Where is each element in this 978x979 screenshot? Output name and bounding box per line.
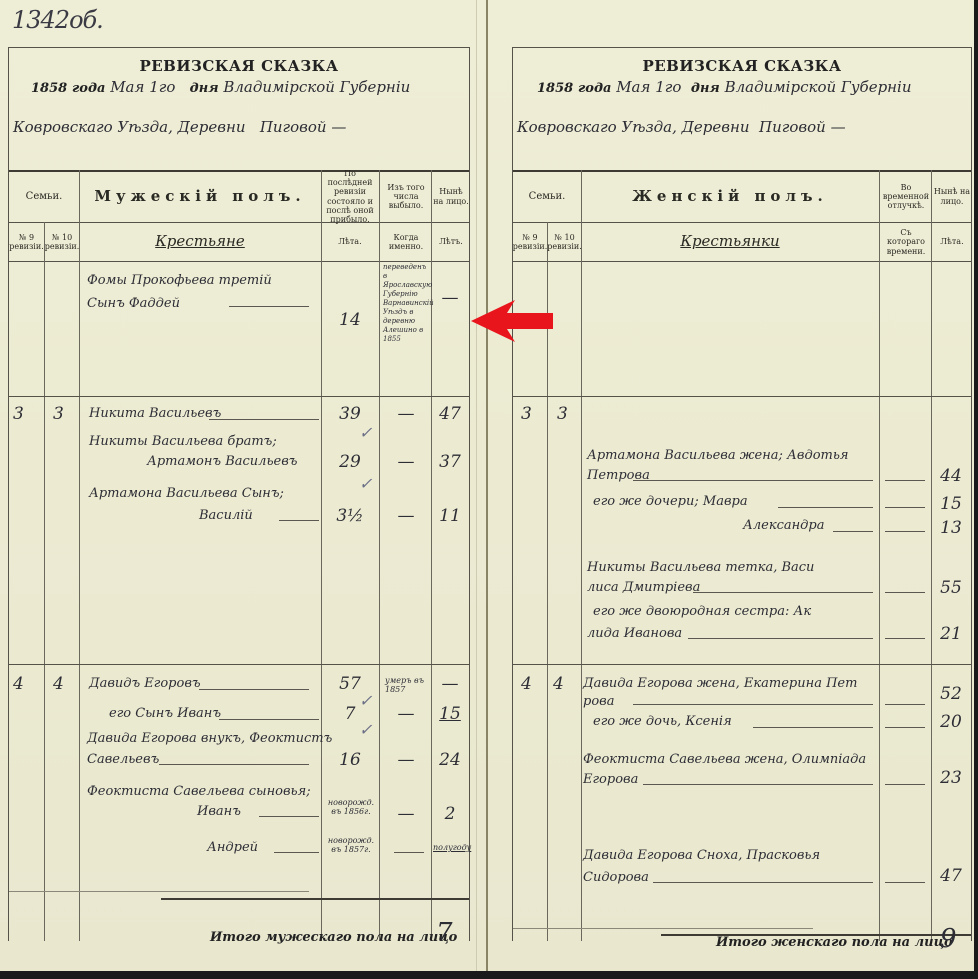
family-rev9: 3: [13, 404, 24, 424]
scan-border-bottom: [0, 971, 978, 979]
header-rev9: № 9 ревизіи.: [513, 223, 547, 261]
male-census-form: РЕВИЗСКАЯ СКАЗКА 1858 года Мая 1го дня В…: [8, 47, 470, 941]
location-line: Ковровскаго Уѣзда, Деревни Пиговой —: [13, 118, 469, 136]
family-rev10: 3: [53, 404, 64, 424]
form-title: РЕВИЗСКАЯ СКАЗКА: [513, 57, 971, 75]
header-prev-revision: По послѣдней ревизіи состояло и послѣ он…: [321, 171, 379, 222]
death-note: умеръ въ 1857: [385, 676, 431, 694]
month-day: Мая 1го: [616, 78, 681, 96]
header-rev10: № 10 ревизіи.: [548, 223, 581, 261]
header-rev9: № 9 ревизіи.: [9, 223, 44, 261]
province: Владимірской Губерніи: [223, 78, 410, 96]
date-line: 1858 года Мая 1го дня Владимірской Губер…: [537, 78, 971, 96]
header-departed: Изъ того числа выбыло.: [381, 171, 431, 222]
family-rev10: 4: [53, 674, 64, 694]
family-rev9: 4: [521, 674, 532, 694]
female-total-label: Итого женскаго пола на лицо: [716, 935, 953, 950]
date-line: 1858 года Мая 1го дня Владимірской Губер…: [31, 78, 469, 96]
male-total-value: 7: [436, 918, 453, 948]
header-years: Лѣта.: [933, 223, 971, 261]
page-fold-shadow: [476, 0, 477, 979]
header-temp-absence: Во временной отлучкѣ.: [881, 171, 931, 222]
header-male-section: Мужескій полъ.: [79, 171, 321, 222]
header-family: Семьи.: [9, 171, 79, 222]
village: Пиговой: [759, 118, 826, 136]
male-total-label: Итого мужескаго пола на лицо: [210, 930, 457, 945]
header-since: Съ котораго времени.: [881, 223, 931, 261]
checkmark-icon: ✓: [359, 423, 372, 442]
header-now: Нынѣ на лицо.: [433, 171, 469, 222]
transfer-note: переведенъ в Ярославскую Губернію Варнав…: [383, 263, 431, 344]
family-rev10: 4: [553, 674, 564, 694]
district: Ковровскаго Уѣзда,: [13, 118, 173, 136]
village: Пиговой: [260, 118, 327, 136]
checkmark-icon: ✓: [359, 720, 372, 739]
header-female-section: Женскій полъ.: [581, 171, 879, 222]
estate-class: Крестьяне: [79, 223, 321, 261]
book-gutter: [486, 0, 488, 979]
header-now: Нынѣ на лицо.: [933, 171, 971, 222]
province: Владимірской Губерніи: [725, 78, 912, 96]
estate-class: Крестьянки: [581, 223, 879, 261]
form-title: РЕВИЗСКАЯ СКАЗКА: [9, 57, 469, 75]
family-rev10: 3: [557, 404, 568, 424]
location-line: Ковровскаго Уѣзда, Деревни Пиговой —: [517, 118, 971, 136]
family-rev9: 4: [13, 674, 24, 694]
female-census-form: РЕВИЗСКАЯ СКАЗКА 1858 года Мая 1го дня В…: [512, 47, 972, 941]
scan-border-right: [974, 0, 978, 979]
header-rev10: № 10 ревизіи.: [45, 223, 79, 261]
red-arrow-icon: [471, 300, 553, 342]
month-day: Мая 1го: [110, 78, 175, 96]
district: Ковровскаго Уѣзда,: [517, 118, 677, 136]
family-rev9: 3: [521, 404, 532, 424]
header-when: Когда именно.: [381, 223, 431, 261]
header-years: Лѣта.: [321, 223, 379, 261]
archive-sheet-number: 1342об.: [12, 6, 103, 34]
header-family: Семьи.: [513, 171, 581, 222]
female-total-value: 9: [940, 924, 957, 954]
header-years-now: Лѣтъ.: [433, 223, 469, 261]
checkmark-icon: ✓: [359, 474, 372, 493]
